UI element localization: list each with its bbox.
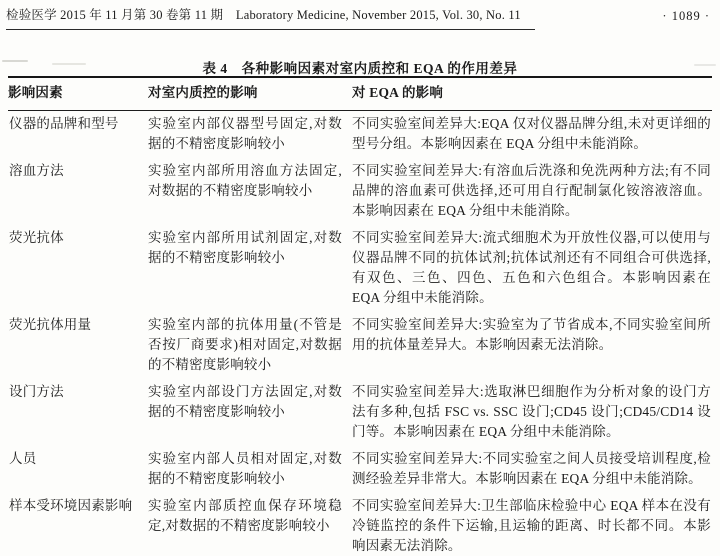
- page-number: · 1089 ·: [662, 8, 710, 24]
- factor-cell: 荧光抗体: [8, 228, 148, 308]
- table-caption: 表 4 各种影响因素对室内质控和 EQA 的作用差异: [0, 57, 720, 77]
- journal-citation: 检验医学 2015 年 11 月第 30 卷第 11 期 Laboratory …: [6, 8, 535, 30]
- scanned-paper-page: 检验医学 2015 年 11 月第 30 卷第 11 期 Laboratory …: [0, 0, 720, 556]
- iqc-cell: 实验室内部所用溶血方法固定,对数据的不精密度影响较小: [148, 161, 352, 221]
- iqc-cell: 实验室内部设门方法固定,对数据的不精密度影响较小: [148, 382, 352, 442]
- column-header-eqa: 对 EQA 的影响: [352, 83, 712, 103]
- factor-cell: 仪器的品牌和型号: [8, 114, 148, 154]
- table-row: 荧光抗体用量 实验室内部的抗体用量(不管是否按厂商要求)相对固定,对数据的不精密…: [8, 312, 712, 379]
- iqc-cell: 实验室内部人员相对固定,对数据的不精密度影响较小: [148, 449, 352, 489]
- iqc-cell: 实验室内部仪器型号固定,对数据的不精密度影响较小: [148, 114, 352, 154]
- comparison-table: 影响因素 对室内质控的影响 对 EQA 的影响 仪器的品牌和型号 实验室内部仪器…: [8, 76, 712, 556]
- table-header-row: 影响因素 对室内质控的影响 对 EQA 的影响: [8, 78, 712, 111]
- table-row: 荧光抗体 实验室内部所用试剂固定,对数据的不精密度影响较小 不同实验室间差异大:…: [8, 225, 712, 312]
- eqa-cell: 不同实验室间差异大:实验室为了节省成本,不同实验室间所用的抗体量差异大。本影响因…: [352, 315, 712, 375]
- factor-cell: 设门方法: [8, 382, 148, 442]
- table-row: 人员 实验室内部人员相对固定,对数据的不精密度影响较小 不同实验室间差异大:不同…: [8, 446, 712, 493]
- eqa-cell: 不同实验室间差异大:不同实验室之间人员接受培训程度,检测经验差异非常大。本影响因…: [352, 449, 712, 489]
- table-row: 仪器的品牌和型号 实验室内部仪器型号固定,对数据的不精密度影响较小 不同实验室间…: [8, 111, 712, 158]
- factor-cell: 样本受环境因素影响: [8, 496, 148, 556]
- eqa-cell: 不同实验室间差异大:卫生部临床检验中心 EQA 样本在没有冷链监控的条件下运输,…: [352, 496, 712, 556]
- eqa-cell: 不同实验室间差异大:流式细胞术为开放性仪器,可以使用与仪器品牌不同的抗体试剂;抗…: [352, 228, 712, 308]
- column-header-factor: 影响因素: [8, 83, 148, 103]
- factor-cell: 荧光抗体用量: [8, 315, 148, 375]
- eqa-cell: 不同实验室间差异大:有溶血后洗涤和免洗两种方法;有不同品牌的溶血素可供选择,还可…: [352, 161, 712, 221]
- running-head: 检验医学 2015 年 11 月第 30 卷第 11 期 Laboratory …: [6, 8, 710, 30]
- iqc-cell: 实验室内部质控血保存环境稳定,对数据的不精密度影响较小: [148, 496, 352, 556]
- table-row: 溶血方法 实验室内部所用溶血方法固定,对数据的不精密度影响较小 不同实验室间差异…: [8, 158, 712, 225]
- iqc-cell: 实验室内部的抗体用量(不管是否按厂商要求)相对固定,对数据的不精密度影响较小: [148, 315, 352, 375]
- factor-cell: 溶血方法: [8, 161, 148, 221]
- eqa-cell: 不同实验室间差异大:EQA 仅对仪器品牌分组,未对更详细的型号分组。本影响因素在…: [352, 114, 712, 154]
- eqa-cell: 不同实验室间差异大:选取淋巴细胞作为分析对象的设门方法有多种,包括 FSC vs…: [352, 382, 712, 442]
- table-row: 样本受环境因素影响 实验室内部质控血保存环境稳定,对数据的不精密度影响较小 不同…: [8, 493, 712, 556]
- table-row: 设门方法 实验室内部设门方法固定,对数据的不精密度影响较小 不同实验室间差异大:…: [8, 379, 712, 446]
- column-header-iqc: 对室内质控的影响: [148, 83, 352, 103]
- factor-cell: 人员: [8, 449, 148, 489]
- iqc-cell: 实验室内部所用试剂固定,对数据的不精密度影响较小: [148, 228, 352, 308]
